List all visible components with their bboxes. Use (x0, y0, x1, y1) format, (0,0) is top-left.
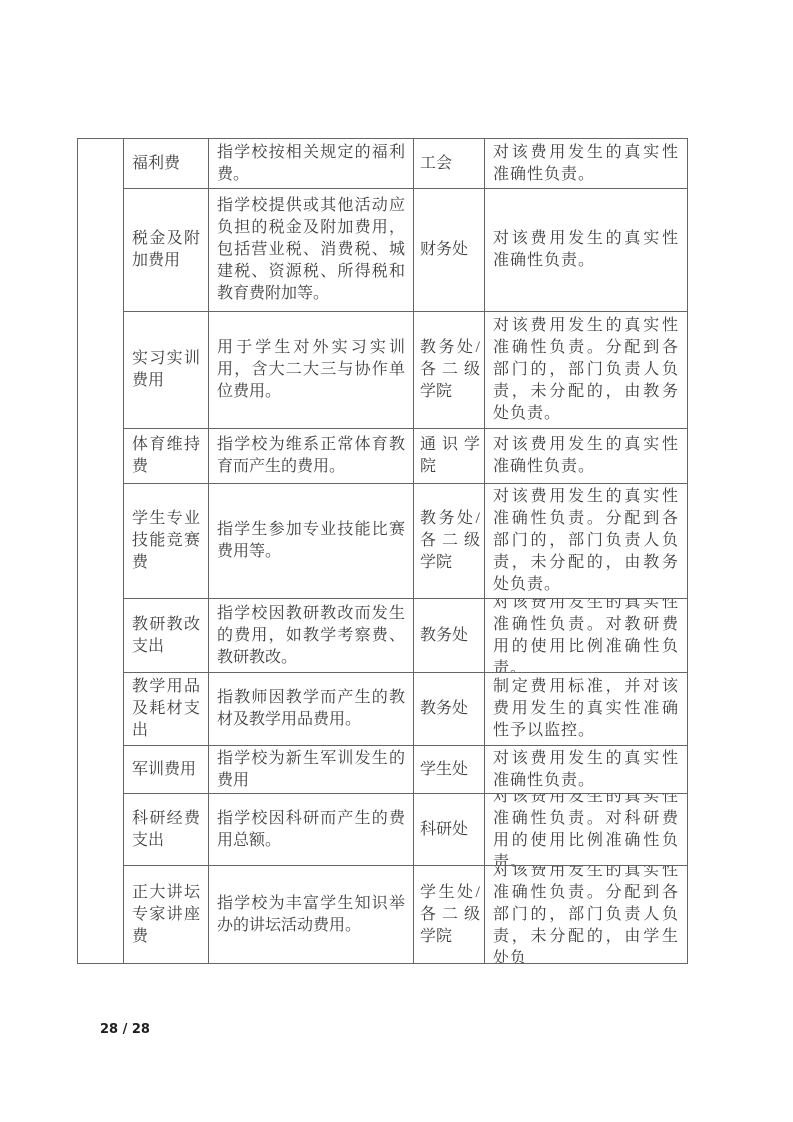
fee-description-cell: 指学校为新生军训发生的费用 (209, 746, 414, 794)
fee-responsibility-cell: 对该费用发生的真实性准确性负责。 (485, 429, 688, 484)
fee-description-cell: 指学校按相关规定的福利费。 (209, 139, 414, 189)
fee-name: 科研经费支出 (132, 808, 200, 852)
fee-responsibility: 对该费用发生的真实性准确性负责。分配到各部门的，部门负责人负责，未分配的，由教务… (493, 315, 679, 425)
fee-description-cell: 指学生参加专业技能比赛费用等。 (209, 484, 414, 599)
fee-department: 科研处 (420, 819, 480, 841)
fee-name-cell: 正大讲坛专家讲座费 (124, 866, 209, 964)
fee-responsibility-cell: 对该费用发生的真实性准确性负责。 (485, 139, 688, 189)
fee-name-cell: 教研教改支出 (124, 599, 209, 673)
fee-responsibility: 对该费用发生的真实性准确性负责。分配到各部门的，部门负责人负责，未分配的，由学生… (493, 866, 679, 964)
fee-responsibility-cell: 对该费用发生的真实性准确性负责。对科研费用的使用比例准确性负责。 (485, 794, 688, 866)
fee-responsibility-cell: 对该费用发生的真实性准确性负责。 (485, 189, 688, 312)
fee-responsibility: 对该费用发生的真实性准确性负责。 (493, 142, 679, 186)
fee-description: 指学校为丰富学生知识举办的讲坛活动费用。 (217, 893, 405, 937)
fee-department: 学生处 (420, 759, 480, 781)
fee-description: 指学校提供或其他活动应负担的税金及附加费用，包括营业税、消费税、城建税、资源税、… (217, 195, 405, 305)
fee-department: 通识学院 (420, 434, 480, 478)
fee-description: 指学校为新生军训发生的费用 (217, 748, 405, 792)
fee-responsibility-cell: 对该费用发生的真实性准确性负责。分配到各部门的，部门负责人负责，未分配的，由教务… (485, 312, 688, 429)
fee-name-cell: 军训费用 (124, 746, 209, 794)
fee-responsibility-cell: 对该费用发生的真实性准确性负责。 (485, 746, 688, 794)
document-page: 福利费 指学校按相关规定的福利费。 工会 对该费用发生的真实性准确性负责。 税金… (0, 0, 793, 1122)
fee-name: 正大讲坛专家讲座费 (132, 882, 200, 948)
fee-department-cell: 教务处 (414, 599, 485, 673)
fee-department-cell: 通识学院 (414, 429, 485, 484)
page-number: 28 / 28 (100, 1022, 150, 1037)
fee-description-cell: 指学校因教研教改而发生的费用，如教学考察费、教研教改。 (209, 599, 414, 673)
fee-department: 教务处/各二级学院 (420, 337, 480, 403)
fee-name: 税金及附加费用 (132, 228, 200, 272)
fee-department-cell: 科研处 (414, 794, 485, 866)
fee-responsibility: 对该费用发生的真实性准确性负责。 (493, 228, 679, 272)
fee-department-cell: 教务处/各二级学院 (414, 312, 485, 429)
fee-name-cell: 教学用品及耗材支出 (124, 673, 209, 746)
fee-description: 指教师因教学而产生的教材及教学用品费用。 (217, 687, 405, 731)
fee-name: 学生专业技能竞赛费 (132, 508, 200, 574)
fee-description: 用于学生对外实习实训用，含大二大三与协作单位费用。 (217, 337, 405, 403)
fee-name: 军训费用 (132, 759, 200, 781)
fee-name: 教学用品及耗材支出 (132, 676, 200, 742)
fee-table: 福利费 指学校按相关规定的福利费。 工会 对该费用发生的真实性准确性负责。 税金… (77, 138, 688, 964)
fee-responsibility: 对该费用发生的真实性准确性负责。对科研费用的使用比例准确性负责。 (493, 794, 679, 866)
fee-department-cell: 教务处 (414, 673, 485, 746)
fee-responsibility-cell: 对该费用发生的真实性准确性负责。分配到各部门的，部门负责人负责，未分配的，由学生… (485, 866, 688, 964)
fee-name-cell: 学生专业技能竞赛费 (124, 484, 209, 599)
fee-responsibility-cell: 对该费用发生的真实性准确性负责。对教研费用的使用比例准确性负责。 (485, 599, 688, 673)
fee-department: 财务处 (420, 239, 480, 261)
fee-responsibility: 对该费用发生的真实性准确性负责。对教研费用的使用比例准确性负责。 (493, 599, 679, 673)
fee-department-cell: 教务处/各二级学院 (414, 484, 485, 599)
fee-description-cell: 指教师因教学而产生的教材及教学用品费用。 (209, 673, 414, 746)
fee-description: 指学校因科研而产生的费用总额。 (217, 808, 405, 852)
fee-department: 教务处/各二级学院 (420, 508, 480, 574)
fee-description-cell: 指学校提供或其他活动应负担的税金及附加费用，包括营业税、消费税、城建税、资源税、… (209, 189, 414, 312)
fee-responsibility: 对该费用发生的真实性准确性负责。 (493, 434, 679, 478)
fee-name-cell: 税金及附加费用 (124, 189, 209, 312)
fee-description-cell: 指学校为维系正常体育教育而产生的费用。 (209, 429, 414, 484)
fee-department: 教务处 (420, 698, 480, 720)
fee-department-cell: 工会 (414, 139, 485, 189)
fee-name: 体育维持费 (132, 434, 200, 478)
fee-description: 指学校按相关规定的福利费。 (217, 142, 405, 186)
fee-department: 教务处 (420, 625, 480, 647)
fee-name: 实习实训费用 (132, 348, 200, 392)
fee-description: 指学生参加专业技能比赛费用等。 (217, 519, 405, 563)
fee-description-cell: 指学校因科研而产生的费用总额。 (209, 794, 414, 866)
fee-responsibility-cell: 对该费用发生的真实性准确性负责。分配到各部门的，部门负责人负责，未分配的，由教务… (485, 484, 688, 599)
fee-description: 指学校为维系正常体育教育而产生的费用。 (217, 434, 405, 478)
fee-department-cell: 学生处/各二级学院 (414, 866, 485, 964)
fee-department: 工会 (420, 153, 480, 175)
fee-department-cell: 财务处 (414, 189, 485, 312)
fee-responsibility-cell: 制定费用标准，并对该费用发生的真实性准确性予以监控。 (485, 673, 688, 746)
fee-department-cell: 学生处 (414, 746, 485, 794)
fee-description-cell: 用于学生对外实习实训用，含大二大三与协作单位费用。 (209, 312, 414, 429)
fee-name-cell: 福利费 (124, 139, 209, 189)
fee-name-cell: 科研经费支出 (124, 794, 209, 866)
fee-responsibility: 对该费用发生的真实性准确性负责。 (493, 748, 679, 792)
fee-name: 福利费 (132, 153, 200, 175)
fee-responsibility: 对该费用发生的真实性准确性负责。分配到各部门的，部门负责人负责，未分配的，由教务… (493, 486, 679, 596)
fee-responsibility: 制定费用标准，并对该费用发生的真实性准确性予以监控。 (493, 676, 679, 742)
fee-name: 教研教改支出 (132, 614, 200, 658)
fee-description-cell: 指学校为丰富学生知识举办的讲坛活动费用。 (209, 866, 414, 964)
fee-name-cell: 实习实训费用 (124, 312, 209, 429)
fee-description: 指学校因教研教改而发生的费用，如教学考察费、教研教改。 (217, 603, 405, 669)
table-left-margin-cell (78, 139, 124, 964)
fee-name-cell: 体育维持费 (124, 429, 209, 484)
fee-department: 学生处/各二级学院 (420, 882, 480, 948)
